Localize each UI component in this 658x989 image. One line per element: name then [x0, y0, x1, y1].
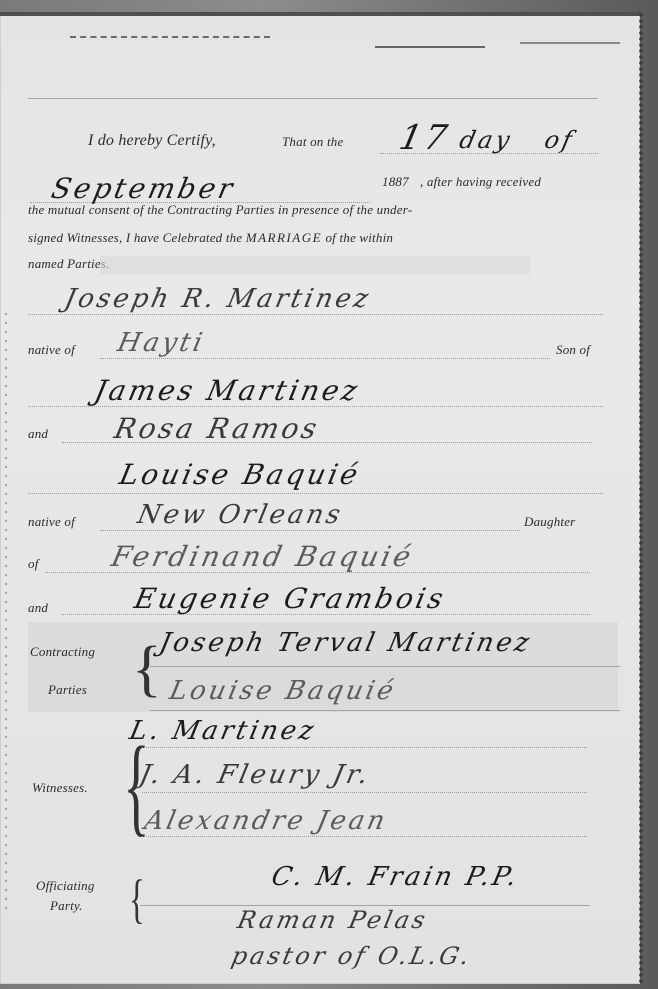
bride-native-line [100, 530, 520, 531]
after-received-text: , after having received [420, 174, 541, 190]
header-rule [520, 42, 620, 44]
bride-and-label: and [28, 600, 48, 616]
groom-mother: Rosa Ramos [111, 412, 322, 445]
witness-name-1: L. Martinez [127, 716, 319, 746]
contracting-line-1 [150, 666, 620, 667]
day-word: day [457, 126, 515, 154]
perforated-edge-left [4, 312, 8, 912]
bride-name: Louise Baquié [116, 458, 363, 491]
header-rule [70, 36, 270, 38]
contracting-brace: { [132, 638, 162, 700]
officiating-brace: { [129, 872, 145, 926]
parties-label: Parties [48, 682, 87, 698]
contracting-signature-bride: Louise Baquié [167, 676, 399, 706]
party-label: Party. [50, 898, 83, 914]
bride-of-label: of [28, 556, 39, 572]
bride-native-of: New Orleans [135, 500, 346, 530]
certify-intro: I do hereby Certify, [88, 132, 216, 150]
groom-name-line [28, 314, 603, 315]
bride-native-of-label: native of [28, 514, 75, 530]
officiating-label: Officiating [36, 878, 95, 894]
certificate-sheet: I do hereby Certify, That on the 17 day … [0, 12, 640, 984]
header-rule [375, 46, 485, 48]
witness-name-2: J. A. Fleury Jr. [137, 760, 374, 790]
bride-mother: Eugenie Grambois [131, 582, 449, 615]
groom-native-of-label: native of [28, 342, 75, 358]
bride-name-line [28, 493, 603, 494]
groom-name: Joseph R. Martinez [62, 284, 374, 314]
officiating-signature-2: Raman Pelas [235, 906, 431, 934]
witness-line-3 [142, 836, 587, 837]
paper-stain [100, 256, 530, 274]
contracting-signature-groom: Joseph Terval Martinez [157, 628, 535, 658]
groom-and-label: and [28, 426, 48, 442]
named-parties-line: named Parties. [28, 256, 110, 272]
month-value: September [48, 172, 238, 205]
perforated-edge-right [638, 12, 644, 984]
groom-native-line [100, 358, 550, 359]
top-edge [0, 12, 640, 16]
bride-father: Ferdinand Baquié [108, 540, 416, 573]
groom-father: James Martinez [91, 374, 363, 407]
officiating-signature-1: C. M. Frain P.P. [269, 862, 522, 892]
witnesses-label: Witnesses. [32, 780, 88, 796]
contracting-label: Contracting [30, 644, 95, 660]
witnesses-line-c: of the within [325, 230, 393, 245]
son-of-label: Son of [556, 342, 590, 358]
witness-line-2 [142, 792, 587, 793]
header-rule [28, 98, 598, 99]
groom-native-of: Hayti [115, 328, 208, 358]
of-word: of [542, 126, 577, 154]
witness-name-3: Alexandre Jean [142, 806, 391, 836]
contracting-line-2 [150, 710, 620, 711]
that-on-the-label: That on the [282, 134, 343, 150]
year-value: 1887 [382, 174, 409, 190]
consent-line: the mutual consent of the Contracting Pa… [28, 202, 412, 218]
witness-line-1 [142, 747, 587, 748]
marriage-word: MARRIAGE [246, 230, 322, 245]
officiating-signature-3: pastor of O.L.G. [229, 942, 475, 970]
daughter-label: Daughter [524, 514, 575, 530]
witnesses-line-a: signed Witnesses, I have Celebrated the [28, 230, 242, 245]
day-value: 17 [396, 118, 454, 158]
